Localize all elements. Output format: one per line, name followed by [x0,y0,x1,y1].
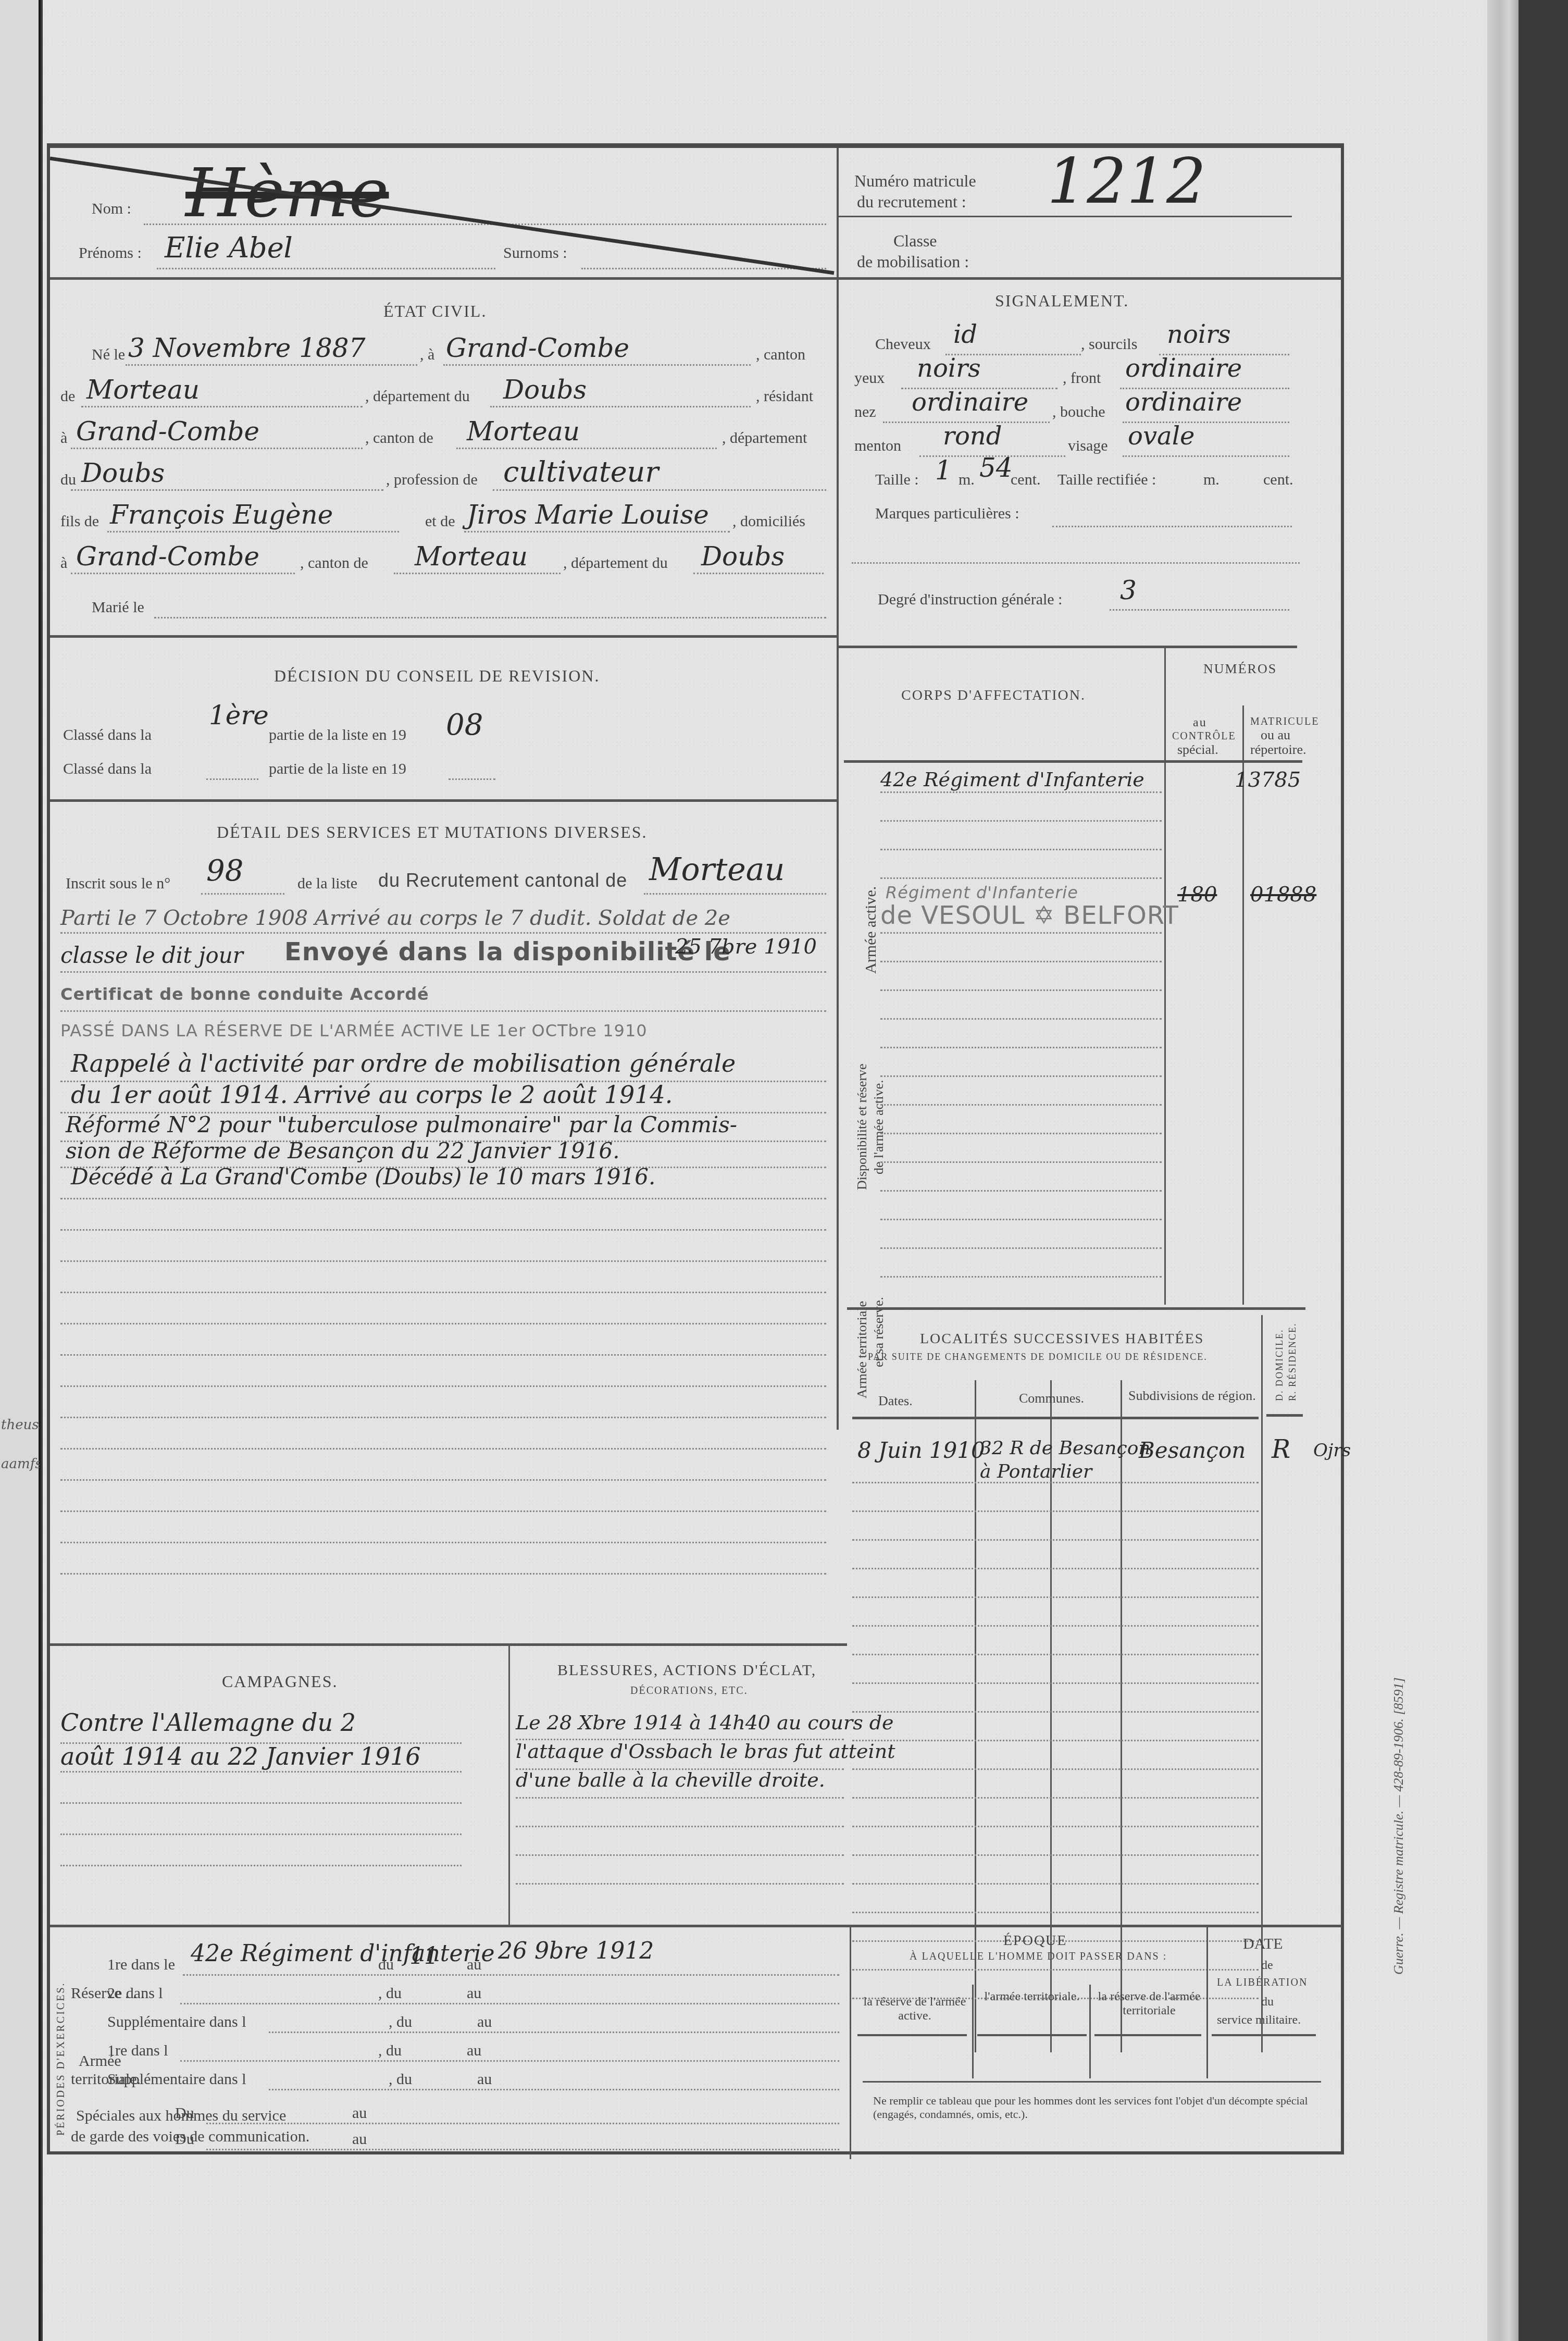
reserve-row-label: Supplémentaire dans l [107,2013,246,2031]
nez-value: ordinaire [912,388,1028,417]
marques-label: Marques particulières : [875,505,1019,523]
cross-out-line [50,148,837,278]
matricule-label: Numéro matricule [854,171,976,191]
inscrit-value: 98 [206,854,243,888]
periodes-side-label: PÉRIODES D'EXERCICES. [55,1981,67,2136]
left-page-edge: theuss aamfs [0,0,41,2341]
campagnes-title: CAMPAGNES. [222,1672,338,1691]
recrutement-stamp: du Recrutement cantonal de [378,870,627,891]
departement-label: , département du [365,388,470,405]
residence-place: Grand-Combe [76,416,259,447]
reserve-row-label: 1re dans le [107,1956,175,1974]
controle-row-2: 180 [1177,883,1217,907]
epoque-subtitle: À LAQUELLE L'HOMME DOIT PASSER DANS : [910,1951,1167,1963]
domicilies-label: , domiciliés [732,513,805,530]
controle-header: spécial. [1177,742,1218,758]
date-liberation-title: DATE [1243,1935,1283,1953]
blessures-title: BLESSURES, ACTIONS D'ÉCLAT, [557,1662,816,1679]
matricule-header: MATRICULE [1250,716,1319,728]
service-note-line: du 1er août 1914. Arrivé au corps le 2 a… [71,1081,673,1109]
name-block: Nom : Hème Prénoms : Elie Abel Surnoms : [50,148,837,278]
communes-header: Communes. [1019,1391,1084,1406]
au-label: au [352,2104,367,2122]
taille-rectifiee-label: Taille rectifiée : [1057,471,1156,489]
localite-margin-note: Ojrs [1313,1440,1351,1461]
classe-label-2: de mobilisation : [857,252,969,271]
signalement-title: SIGNALEMENT. [995,291,1129,311]
du-label: du [378,1956,394,1974]
cent-label: cent. [1263,471,1293,489]
service-note-line: Réformé N°2 pour "tuberculose pulmonaire… [66,1112,737,1137]
a-label: à [60,429,67,447]
conseil-revision-title: DÉCISION DU CONSEIL DE REVISION. [274,666,600,686]
certificat-stamp: Certificat de bonne conduite Accordé [60,984,429,1004]
date-liberation-label: LA LIBÉRATION [1217,1977,1308,1989]
periodes-section: PÉRIODES D'EXERCICES. Réserve . . . 1re … [50,1927,850,2157]
fils-label: fils de [60,513,99,530]
date-liberation-service: service militaire. [1217,2013,1301,2027]
parents-canton: Morteau [415,541,528,572]
corps-row-1: 42e Régiment d'Infanterie [880,768,1144,791]
envoye-stamp: Envoyé dans la disponibilité le [284,937,731,967]
du-label: du [60,471,76,489]
blessure-line: l'attaque d'Ossbach le bras fut atteint [516,1740,895,1763]
date-liberation-de: de [1261,1959,1273,1973]
dates-header: Dates. [878,1393,913,1409]
page-stack-edge [1487,0,1519,2341]
territoriale-row-label: 1re dans l [107,2042,168,2060]
matricule-row-1: 13785 [1235,768,1301,792]
canton-label: , canton de [300,554,368,572]
liste-year-value: 08 [446,708,483,742]
controle-header: au [1193,716,1207,730]
localite-commune: 32 R de Besançon [980,1438,1151,1459]
m-label: m. [1203,471,1219,489]
departement-label: , département du [563,554,668,572]
reserve-row-label: 2e dans l [107,1985,163,2002]
corps-stamp-city: de VESOUL ✡ BELFORT [880,901,1179,930]
sourcils-value: noirs [1167,320,1231,349]
du-label: , du [389,2013,412,2031]
degre-instruction-value: 3 [1120,575,1137,605]
partie-value: 1ère [209,700,269,730]
corps-affectation-title: CORPS D'AFFECTATION. [901,687,1086,704]
du-label: Du [175,2131,194,2148]
blessures-section: BLESSURES, ACTIONS D'ÉCLAT, DÉCORATIONS,… [511,1646,849,1927]
yeux-value: noirs [917,354,981,383]
nez-label: nez [854,403,876,421]
epoque-col-territoriale: l'armée territoriale. [982,1990,1081,2004]
conseil-revision-section: DÉCISION DU CONSEIL DE REVISION. Classé … [50,638,837,815]
blessure-line: d'une balle à la cheville droite. [516,1768,825,1791]
classe-dans-label: Classé dans la [63,760,152,778]
birth-date: 3 Novembre 1887 [128,333,365,363]
residence-departement: Doubs [81,458,165,488]
domicile-header: D. DOMICILE. [1274,1329,1285,1402]
du-label: , du [378,1985,402,2002]
partie-label: partie de la liste en 19 [269,760,406,778]
residence-canton: Morteau [467,416,580,447]
etat-civil-title: ÉTAT CIVIL. [383,302,487,321]
du-label: , du [378,2042,402,2060]
taille-cent-value: 54 [979,453,1013,483]
du-label: , du [389,2071,412,2088]
bouche-value: ordinaire [1125,388,1242,417]
localite-commune-2: à Pontarlier [980,1461,1092,1482]
epoque-col-reserve-territoriale: la réserve de l'armée territoriale [1094,1990,1204,2018]
du-label: Du [175,2104,194,2122]
etat-civil-section: ÉTAT CIVIL. Né le 3 Novembre 1887 , à Gr… [50,281,837,635]
printer-imprint: Guerre. — Registre matricule. — 428-89-1… [1391,1677,1407,1975]
cheveux-label: Cheveux [875,336,931,353]
liste-label: de la liste [297,875,357,893]
birth-departement: Doubs [503,375,587,405]
matricule-value: 1212 [1047,145,1206,218]
matricule-block: Numéro matricule du recrutement : 1212 C… [839,148,1344,278]
localite-dr-code: R [1272,1435,1290,1464]
localites-subtitle: PAR SUITE DE CHANGEMENTS DE DOMICILE OU … [868,1352,1208,1363]
taille-m-value: 1 [935,455,952,486]
matricule-label-2: du recrutement : [857,192,966,212]
epoque-title: ÉPOQUE [1003,1933,1067,1949]
profession-value: cultivateur [503,455,658,488]
a-label: à [60,554,67,572]
classe-label: Classe [893,231,937,251]
cheveux-value: id [953,320,977,349]
passe-reserve-stamp: PASSÉ DANS LA RÉSERVE DE L'ARMÉE ACTIVE … [60,1021,648,1041]
cent-label: cent. [1011,471,1040,489]
au-label: au [477,2013,492,2031]
blessures-subtitle: DÉCORATIONS, ETC. [630,1685,748,1697]
ne-le-label: Né le [92,346,125,364]
campagne-line: Contre l'Allemagne du 2 [60,1708,356,1737]
campagne-line: août 1914 au 22 Janvier 1916 [60,1742,420,1770]
subdivisions-header: Subdivisions de région. [1128,1388,1256,1404]
front-value: ordinaire [1125,354,1242,383]
reserve-row-au: 26 9bre 1912 [498,1938,654,1964]
disponibilite-label: Disponibilité et réserve [854,1063,870,1190]
service-note-line: sion de Réforme de Besançon du 22 Janvie… [66,1138,620,1163]
bouche-label: , bouche [1052,403,1105,421]
left-page-fragment: theuss [1,1417,40,1433]
residant-label: , résidant [756,388,813,405]
parents-domicile: Grand-Combe [76,541,259,572]
date-liberation-du: du [1261,1995,1274,2009]
matricule-row-2: 01888 [1250,883,1316,907]
classe-dans-label: Classé dans la [63,726,152,744]
localites-title: LOCALITÉS SUCCESSIVES HABITÉES [920,1331,1204,1347]
au-label: au [467,1956,481,1974]
canton-label: , canton [756,346,805,364]
service-note-line: Rappelé à l'activité par ordre de mobili… [71,1049,736,1077]
father-name: François Eugène [110,500,333,530]
reserve-row-value: 42e Régiment d'infanterie [191,1940,495,1967]
matricule-header: répertoire. [1250,742,1306,758]
controle-header: CONTRÔLE [1172,730,1236,742]
visage-value: ovale [1128,422,1194,451]
epoque-col-reserve-active: la réserve de l'armée active. [863,1995,967,2023]
services-title: DÉTAIL DES SERVICES ET MUTATIONS DIVERSE… [217,823,648,842]
parents-departement: Doubs [701,541,785,572]
localite-subdivision: Besançon [1139,1438,1246,1463]
au-label: au [467,2042,481,2060]
marie-label: Marié le [92,599,144,616]
birth-canton: Morteau [86,375,200,405]
partie-label: partie de la liste en 19 [269,726,406,744]
yeux-label: yeux [854,369,885,387]
departement-label: , département [722,429,807,447]
envoye-date: 25 7bre 1910 [675,935,817,959]
matricule-form: Nom : Hème Prénoms : Elie Abel Surnoms :… [47,143,1344,2154]
epoque-table: ÉPOQUE À LAQUELLE L'HOMME DOIT PASSER DA… [852,1927,1342,2157]
mother-name: Jiros Marie Louise [467,500,709,530]
taille-label: Taille : [875,471,919,489]
a-label: , à [420,346,434,364]
parti-line: Parti le 7 Octobre 1908 Arrivé au corps … [60,906,730,930]
canton-label: , canton de [365,429,433,447]
de-label: de [60,388,75,405]
visage-label: visage [1068,437,1108,455]
localite-date: 8 Juin 1910 [857,1438,985,1463]
matricule-header: ou au [1261,727,1290,743]
reserve-row-du: 11 [409,1943,439,1970]
epoque-note: Ne remplir ce tableau que pour les homme… [873,2094,1321,2121]
menton-value: rond [943,422,1002,451]
territoriale-row-label: Supplémentaire dans l [107,2071,246,2088]
recrutement-canton: Morteau [649,851,785,888]
au-label: au [467,1985,481,2002]
affectation-table: CORPS D'AFFECTATION. NUMÉROS au CONTRÔLE… [839,648,1344,1336]
menton-label: menton [854,437,901,455]
m-label: m. [959,471,975,489]
profession-label: , profession de [386,471,478,489]
corps-stamp: Régiment d'Infanterie [886,883,1078,902]
front-label: , front [1063,369,1101,387]
numeros-title: NUMÉROS [1203,661,1277,677]
sourcils-label: , sourcils [1081,336,1137,353]
armee-active-label: Armée active. [862,886,880,974]
service-note-line: Décédé à La Grand'Combe (Doubs) le 10 ma… [71,1164,655,1190]
left-page-fragment: aamfs [1,1456,40,1472]
disponibilite-label-2: de l'armée active. [871,1080,887,1174]
au-label: au [477,2071,492,2088]
au-label: au [352,2131,367,2148]
residence-header: R. RÉSIDENCE. [1287,1322,1298,1401]
classe-line: classe le dit jour [60,943,243,968]
campagnes-section: CAMPAGNES. Contre l'Allemagne du 2 août … [50,1646,508,1927]
birth-place: Grand-Combe [446,333,629,363]
services-section: DÉTAIL DES SERVICES ET MUTATIONS DIVERSE… [50,802,837,1599]
blessure-line: Le 28 Xbre 1914 à 14h40 au cours de [516,1711,894,1734]
et-de-label: et de [425,513,455,530]
degre-instruction-label: Degré d'instruction générale : [878,591,1062,609]
inscrit-label: Inscrit sous le n° [66,875,170,893]
